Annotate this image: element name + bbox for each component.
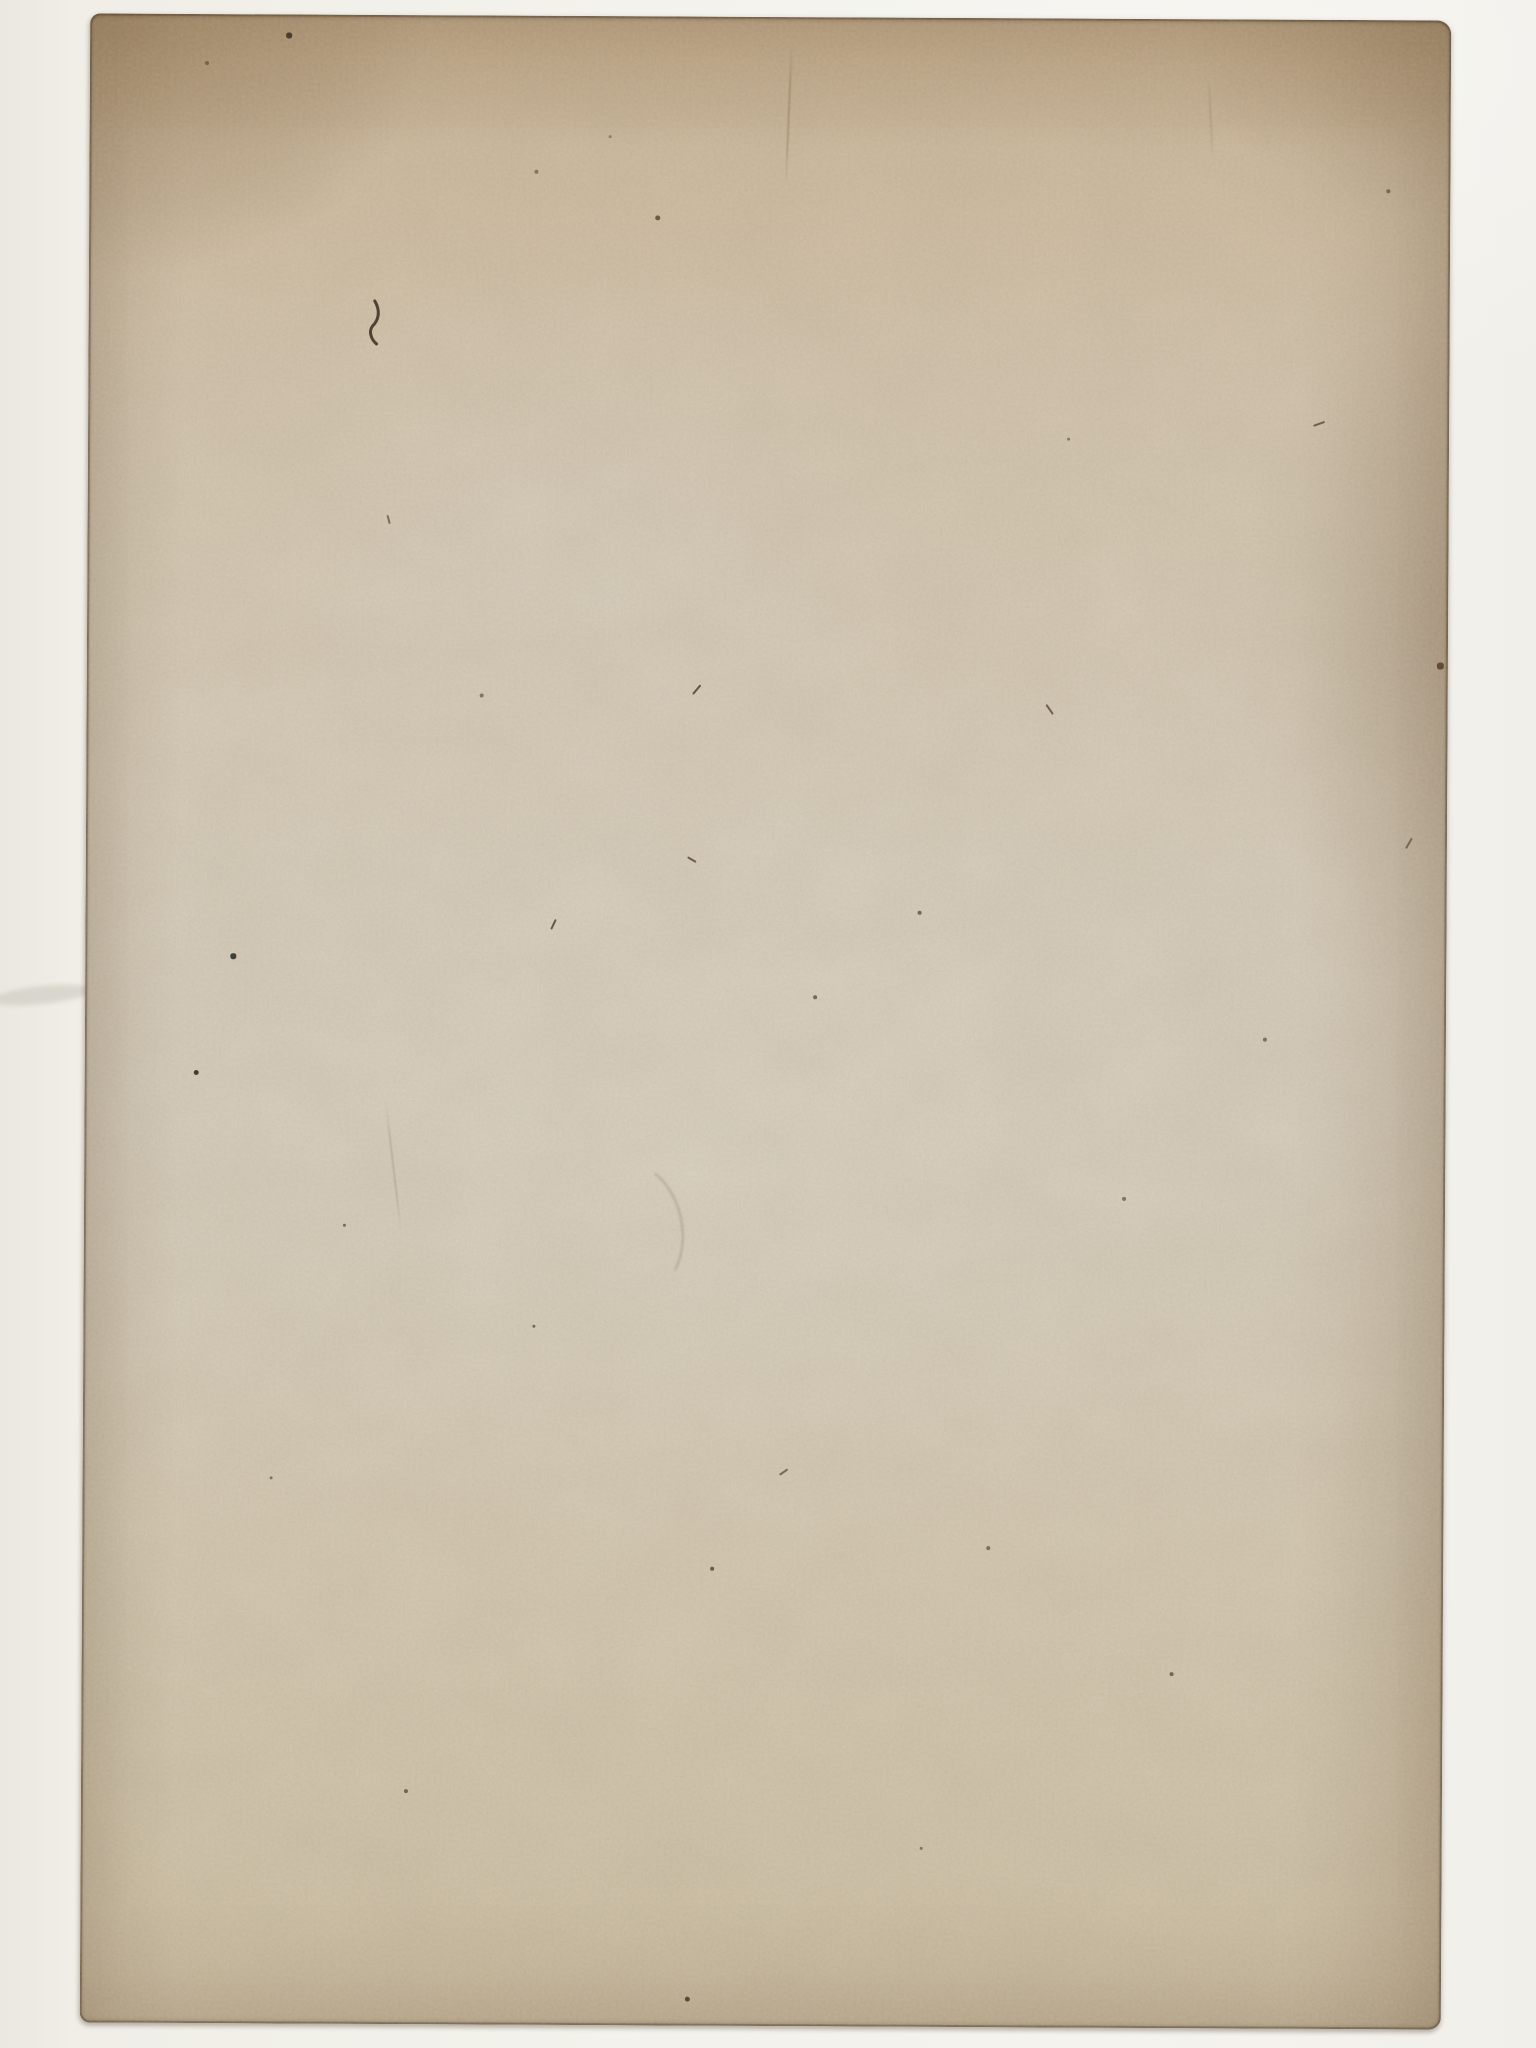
paper-speck <box>918 911 922 915</box>
paper-fiber <box>1313 421 1325 427</box>
paper-speck <box>813 995 817 999</box>
paper-fiber <box>779 1468 788 1475</box>
paper-speck <box>286 32 292 38</box>
backdrop-smudge <box>0 981 93 1009</box>
paper-scratch-layer <box>80 13 1452 2029</box>
paper-speck <box>986 1546 990 1550</box>
paper-speck <box>1386 189 1390 193</box>
paper-fiber <box>687 856 697 863</box>
paper-speck <box>534 170 538 174</box>
paper-fiber <box>387 515 391 524</box>
paper-blotch-noise <box>80 13 1452 2029</box>
paper-speck <box>655 215 660 220</box>
paper-speck <box>269 1476 272 1479</box>
paper-speck <box>230 953 236 959</box>
paper-fiber <box>692 684 701 694</box>
paper-scratch <box>785 45 793 185</box>
paper-speck <box>1263 1038 1267 1042</box>
paper-speck <box>608 135 611 138</box>
paper-grain-texture <box>80 13 1452 2029</box>
paper-speck <box>1067 437 1070 440</box>
paper-speck <box>205 61 209 65</box>
paper-light-flecks <box>80 13 1452 2029</box>
paper-fiber <box>1405 838 1413 849</box>
paper-speck <box>684 1996 689 2001</box>
paper-speck <box>342 1223 345 1226</box>
paper-fiber-curl <box>364 298 386 348</box>
paper-speck <box>710 1567 714 1571</box>
paper-fine-noise <box>80 13 1452 2029</box>
paper-speck <box>1122 1197 1126 1201</box>
paper-specks-layer <box>80 13 1452 2029</box>
photo-frame <box>0 0 1536 2048</box>
paper-speck <box>404 1789 408 1793</box>
paper-speck <box>532 1324 535 1327</box>
paper-scratch <box>384 1098 402 1232</box>
paper-speck <box>1436 662 1443 669</box>
paper-arc-scratch <box>571 1153 695 1304</box>
paper-speck <box>193 1070 198 1075</box>
paper-speck <box>480 693 484 697</box>
paper-fiber <box>1045 704 1053 715</box>
paper-speck <box>919 1846 922 1849</box>
paper-scratch <box>1208 79 1214 159</box>
aged-paper-sheet <box>80 13 1452 2029</box>
paper-fiber <box>550 919 557 930</box>
fiber-curl-path <box>370 301 378 344</box>
paper-speck <box>1170 1672 1174 1676</box>
